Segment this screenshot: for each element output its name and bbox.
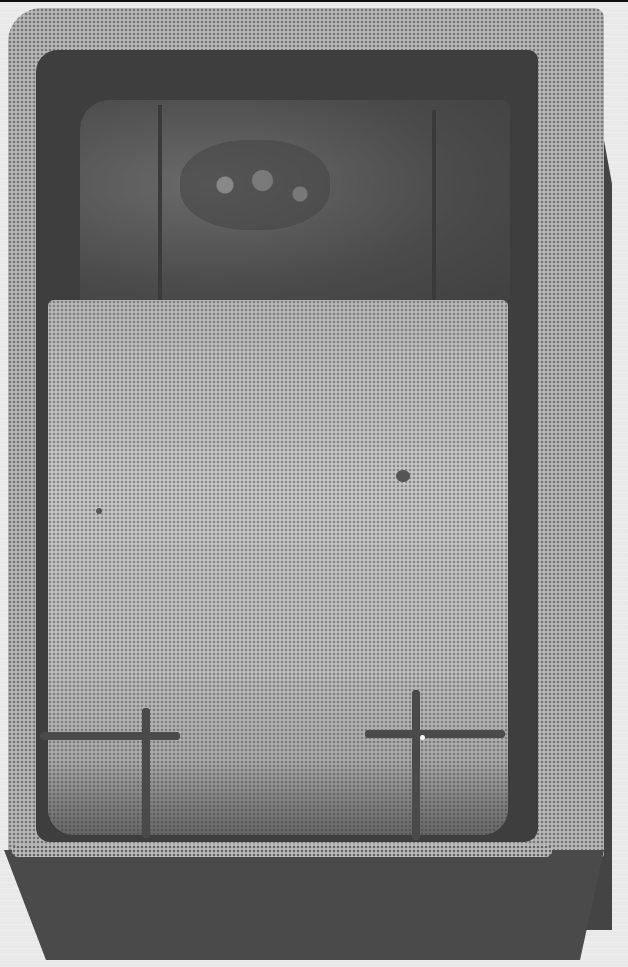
- floor-shadow: [48, 760, 508, 835]
- tray-photograph: rectangular tray / box viewed from above: [0, 0, 628, 967]
- right-divider-line: [432, 110, 436, 325]
- right-cross-mark-horizontal: [365, 730, 505, 738]
- floor-spot: [396, 470, 410, 482]
- scan-border: [0, 0, 628, 2]
- floor-speck: [96, 508, 102, 514]
- left-cross-mark-horizontal: [40, 732, 180, 740]
- highlight-speck: [420, 735, 425, 740]
- emblem-mark: [180, 140, 330, 230]
- left-cross-mark-vertical: [142, 708, 150, 838]
- tray-rim-front-edge: [12, 845, 552, 857]
- tray-front-face: [4, 850, 604, 960]
- right-cross-mark-vertical: [412, 690, 420, 840]
- tray-floor: [48, 300, 508, 835]
